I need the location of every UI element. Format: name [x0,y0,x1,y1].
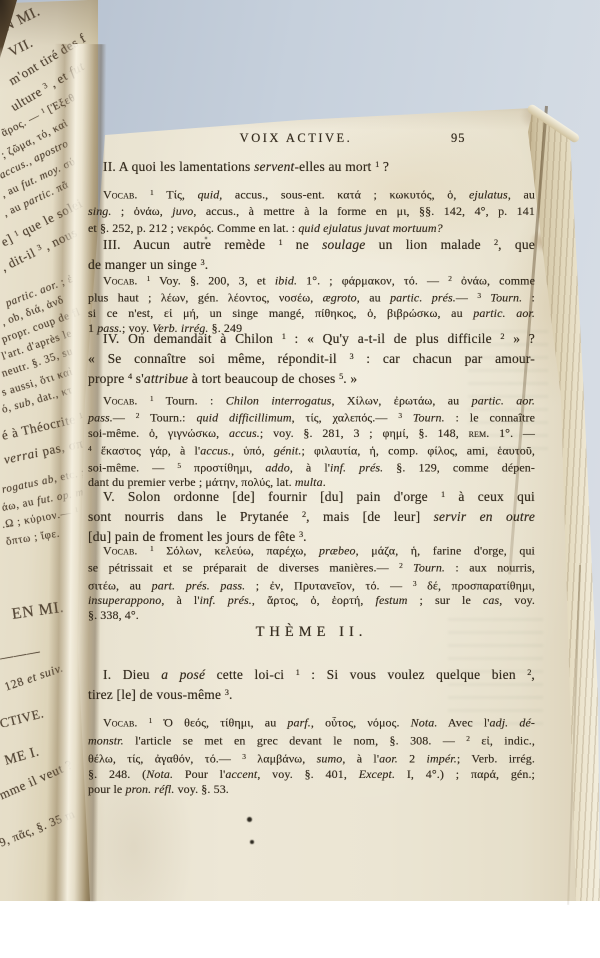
left-page-text-fragment: CTIVE. [0,705,46,731]
text-block-theme2: THÈME II. [88,624,535,641]
text-line: propre 4 s'attribue à tort beaucoup de c… [88,368,535,388]
text-block-ex1: I. Dieu a posé cette loi-ci 1 : Si vous … [88,664,535,704]
running-title: VOIX ACTIVE. [234,131,358,146]
text-line: THÈME II. [88,624,535,641]
text-line: §. 338, 4°. [88,608,535,623]
text-line: tirez [le] de vous-même 3. [88,684,535,704]
text-block-ex3: III. Aucun autre remède 1 ne soulage un … [88,234,535,274]
left-page-text-fragment: ——— [0,643,42,666]
text-line: insuperappono, à l'inf. prés., ἄρτος, ὁ,… [88,593,535,608]
page-number: 95 [451,131,466,146]
ink-spot [247,817,252,822]
text-line: Vocab. 1 Ὁ θεός, τίθημι, au parf., οὗτος… [88,713,535,731]
text-line: pour le pron. réfl. voy. §. 53. [88,782,535,798]
text-line: Vocab. 1 Voy. §. 200, 3, et ibid. 1°. ; … [88,271,535,288]
text-line: soi-même. — 5 προστίθημι, addo, à l'inf.… [88,458,535,475]
text-line: Vocab. 1 Τίς, quid, accus., sous-ent. κα… [88,184,535,203]
text-block-ex4: IV. On demandait à Chilon 1 : « Qu'y a-t… [88,328,535,387]
text-line: « Se connaître soi même, répondit-il 3 :… [88,348,535,368]
text-line: monstr. l'article se met en grec devant … [88,731,535,749]
left-page-text-fragment: ME I. [3,744,42,769]
text-block-ex5: V. Solon ordonne [de] fournir [du] pain … [88,486,535,545]
text-line: plus haut ; λέων, gén. λέοντος, νοσέω, æ… [88,288,535,305]
text-line: III. Aucun autre remède 1 ne soulage un … [88,234,535,254]
text-line: sing. ; ὀνάω, juvo, accus., à mettre à l… [88,203,535,220]
text-line: si ce n'est, εἰ μή, un singe mangé, πίθη… [88,306,535,321]
text-line: II. A quoi les lamentations servent-elle… [88,156,535,176]
text-line: sont nourris dans le Prytanée 2, mais [d… [88,506,535,526]
text-block-voc3: Vocab. 1 Voy. §. 200, 3, et ibid. 1°. ; … [88,271,535,336]
text-block-voc2: Vocab. 1 Τίς, quid, accus., sous-ent. κα… [88,184,535,237]
text-line: IV. On demandait à Chilon 1 : « Qu'y a-t… [88,328,535,348]
text-line: 4 ἕκαστος γάρ, à l'accus., ὑπό, génit.; … [88,441,535,458]
text-line: pass.— 2 Tourn.: quid difficillimum, τίς… [88,408,535,425]
text-line: Vocab. 1 Σόλων, κελεύω, παρέχω, præbeo, … [88,541,535,558]
book-photo: N MI.VII.m'ont tiré des fulture 3 , et f… [0,0,600,901]
text-line: σιτέω, au part. prés. pass. ; ἐν, Πρυταν… [88,576,535,593]
text-line: I. Dieu a posé cette loi-ci 1 : Si vous … [88,664,535,684]
text-line: θέλω, τίς, ἀγαθόν, τό.— 3 λαμβάνω, sumo,… [88,749,535,767]
text-line: soi-même. ὁ, γιγνώσκω, accus.; voy. §. 2… [88,426,535,441]
text-line: V. Solon ordonne [de] fournir [du] pain … [88,486,535,506]
ink-spot [250,840,254,844]
left-page-text-fragment: VII. [6,36,36,61]
text-block-voc1: Vocab. 1 Ὁ θεός, τίθημι, au parf., οὗτος… [88,713,535,798]
ink-spot [205,237,207,239]
page-text-column: VOIX ACTIVE. 95 II. A quoi les lamentati… [88,0,535,901]
text-line: se pétrissait et se préparait de diverse… [88,558,535,575]
page-header: VOIX ACTIVE. 95 [88,131,535,147]
text-block-voc5: Vocab. 1 Σόλων, κελεύω, παρέχω, præbeo, … [88,541,535,623]
text-line: Vocab. 1 Tourn. : Chilon interrogatus, Χ… [88,391,535,408]
text-block-voc4: Vocab. 1 Tourn. : Chilon interrogatus, Χ… [88,391,535,490]
text-block-ex2: II. A quoi les lamentations servent-elle… [88,156,535,176]
text-line: §. 248. (Nota. Pour l'accent, voy. §. 40… [88,767,535,783]
